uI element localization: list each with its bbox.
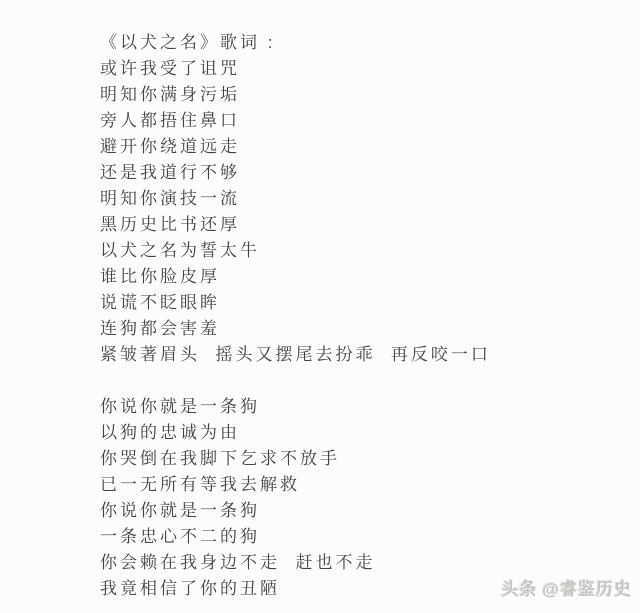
lyric-line: 避开你绕道远走 <box>100 134 491 160</box>
lyric-line: 你说你就是一条狗 <box>100 498 491 524</box>
lyric-line: 我竟相信了你的丑陋 <box>100 576 491 602</box>
stanza-1: 或许我受了诅咒 明知你满身污垢 旁人都捂住鼻口 避开你绕道远走 还是我道行不够 … <box>100 56 491 368</box>
toutiao-watermark: 头条@睿鉴历史 <box>501 575 632 600</box>
watermark-account-label: @睿鉴历史 <box>542 580 632 599</box>
toutiao-brand-label: 头条 <box>501 580 537 599</box>
lyric-line: 以犬之名为誓太牛 <box>100 238 491 264</box>
stanza-2: 你说你就是一条狗 以狗的忠诚为由 你哭倒在我脚下乞求不放手 已一无所有等我去解救… <box>100 394 491 602</box>
lyric-line: 连狗都会害羞 <box>100 316 491 342</box>
lyric-line: 紧皱著眉头 摇头又摆尾去扮乖 再反咬一口 <box>100 342 491 368</box>
lyric-line: 还是我道行不够 <box>100 160 491 186</box>
lyrics-text-block: 《以犬之名》歌词 : 或许我受了诅咒 明知你满身污垢 旁人都捂住鼻口 避开你绕道… <box>100 30 491 602</box>
lyric-line: 黑历史比书还厚 <box>100 212 491 238</box>
lyric-line: 已一无所有等我去解救 <box>100 472 491 498</box>
lyric-line: 或许我受了诅咒 <box>100 56 491 82</box>
lyric-line: 旁人都捂住鼻口 <box>100 108 491 134</box>
lyric-line: 你说你就是一条狗 <box>100 394 491 420</box>
lyric-line: 谁比你脸皮厚 <box>100 264 491 290</box>
lyric-line: 你哭倒在我脚下乞求不放手 <box>100 446 491 472</box>
lyric-line: 以狗的忠诚为由 <box>100 420 491 446</box>
stanza-gap <box>100 368 491 394</box>
lyrics-title: 《以犬之名》歌词 : <box>100 30 491 56</box>
lyric-line: 说谎不眨眼眸 <box>100 290 491 316</box>
lyric-line: 你会赖在我身边不走 赶也不走 <box>100 550 491 576</box>
lyric-line: 明知你满身污垢 <box>100 82 491 108</box>
lyric-line: 明知你演技一流 <box>100 186 491 212</box>
lyric-line: 一条忠心不二的狗 <box>100 524 491 550</box>
